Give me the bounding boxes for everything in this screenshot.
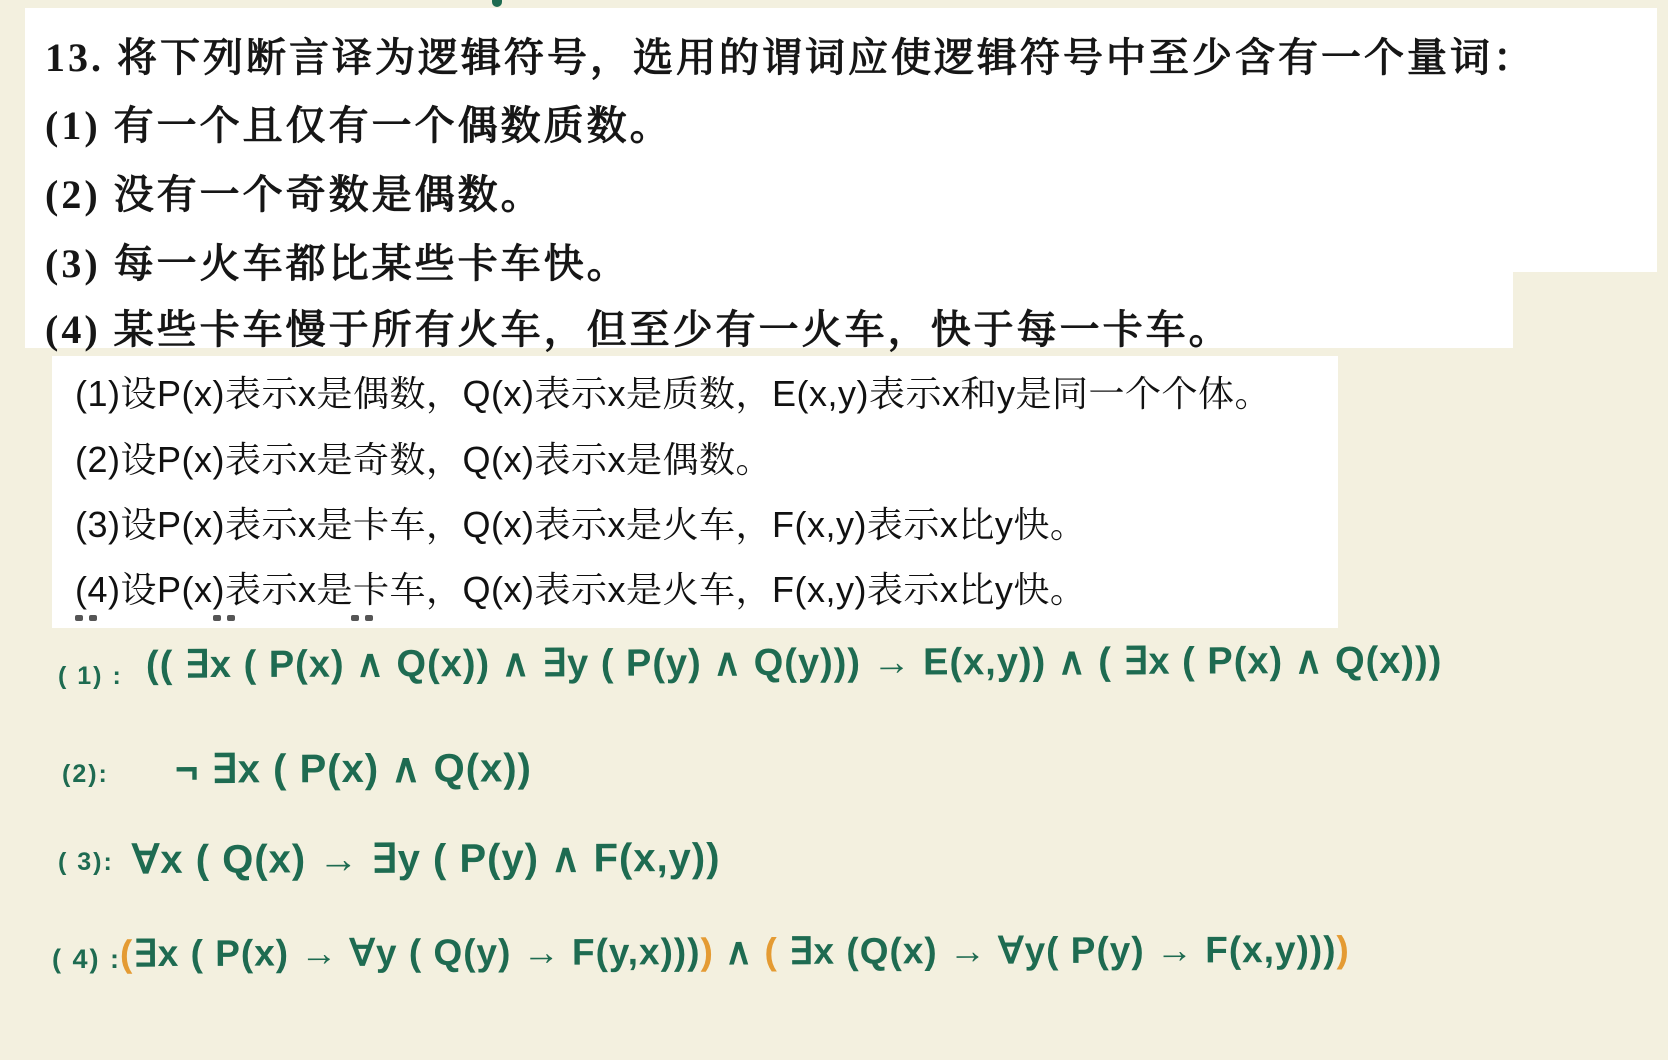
- answer-4-paren-orange-close-2: ): [1336, 929, 1349, 970]
- answer-1-label: ( 1) :: [58, 662, 123, 691]
- cropped-text-remnant: [365, 615, 373, 621]
- answer-4-formula: (∃x ( P(x) → ∀y ( Q(y) → F(y,x)))) ∧ ( ∃…: [120, 928, 1350, 975]
- answer-4-conjunct-2: ∃x (Q(x) → ∀y( P(y) → F(x,y))): [789, 929, 1337, 972]
- cropped-ink-mark: [492, 0, 502, 7]
- problem-item-2: (2) 没有一个奇数是偶数。: [45, 163, 544, 220]
- answer-4-paren-orange-open-2: (: [764, 931, 789, 972]
- answer-4-conjunction: ∧: [714, 931, 765, 972]
- definition-item-1: (1)设P(x)表示x是偶数，Q(x)表示x是质数，E(x,y)表示x和y是同一…: [75, 366, 1271, 417]
- answer-2-formula: ¬ ∃x ( P(x) ∧ Q(x)): [175, 745, 532, 792]
- answer-4-label: ( 4) :: [52, 944, 121, 975]
- answer-4-paren-orange-close-1: ): [700, 931, 713, 972]
- answer-4-conjunct-1: ∃x ( P(x) → ∀y ( Q(y) → F(y,x))): [133, 931, 700, 974]
- cropped-text-remnant: [227, 615, 235, 621]
- answer-1-formula: (( ∃x ( P(x) ∧ Q(x)) ∧ ∃y ( P(y) ∧ Q(y))…: [146, 638, 1443, 688]
- problem-title: 13. 将下列断言译为逻辑符号，选用的谓词应使逻辑符号中至少含有一个量词：: [45, 26, 1536, 83]
- answer-3-formula: ∀x ( Q(x) → ∃y ( P(y) ∧ F(x,y)): [132, 835, 721, 883]
- cropped-text-remnant: [351, 615, 359, 621]
- problem-item-3: (3) 每一火车都比某些卡车快。: [45, 232, 630, 289]
- answer-3-label: ( 3):: [58, 848, 114, 877]
- cropped-text-remnant: [89, 615, 97, 621]
- answer-2-label: (2):: [62, 760, 109, 789]
- definition-item-2: (2)设P(x)表示x是奇数，Q(x)表示x是偶数。: [75, 432, 772, 483]
- problem-item-4: (4) 某些卡车慢于所有火车，但至少有一火车，快于每一卡车。: [45, 298, 1232, 355]
- cropped-text-remnant: [213, 615, 221, 621]
- definition-item-3: (3)设P(x)表示x是卡车，Q(x)表示x是火车，F(x,y)表示x比y快。: [75, 497, 1086, 548]
- problem-item-1: (1) 有一个且仅有一个偶数质数。: [45, 94, 673, 151]
- definition-item-4: (4)设P(x)表示x是卡车，Q(x)表示x是火车，F(x,y)表示x比y快。: [75, 562, 1086, 613]
- cropped-text-remnant: [75, 615, 83, 621]
- answer-4-paren-orange-open-1: (: [120, 933, 133, 974]
